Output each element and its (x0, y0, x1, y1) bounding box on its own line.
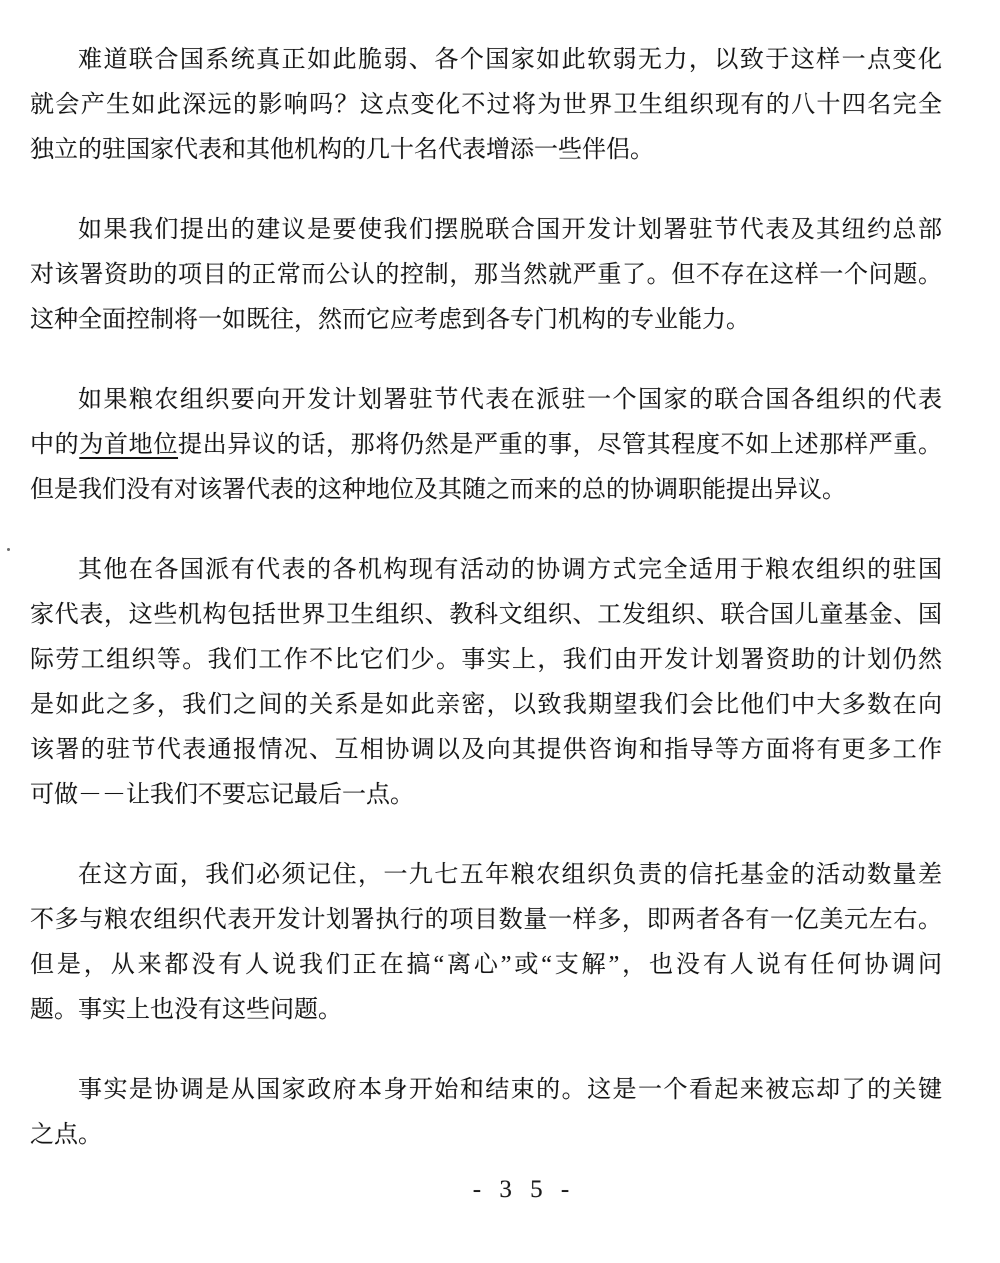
paragraph-1: 难道联合国系统真正如此脆弱、各个国家如此软弱无力，以致于这样一点变化 就会产生如… (30, 38, 942, 173)
paragraph-6: 事实是协调是从国家政府本身开始和结束的。这是一个看起来被忘却了的关键 之点。 (30, 1068, 942, 1158)
text-line: 就会产生如此深远的影响吗？这点变化不过将为世界卫生组织现有的八十四名完全 (30, 83, 942, 128)
paragraph-4: 其他在各国派有代表的各机构现有活动的协调方式完全适用于粮农组织的驻国 家代表，这… (30, 548, 942, 818)
text-line: 但是，从来都没有人说我们正在搞“离心”或“支解”，也没有人说有任何协调问 (30, 943, 942, 988)
paragraph-2: 如果我们提出的建议是要使我们摆脱联合国开发计划署驻节代表及其纽约总部 对该署资助… (30, 208, 942, 343)
text-segment: 提出异议的话，那将仍然是严重的事，尽管其程度不如上述那样严重。 (178, 432, 942, 458)
text-line: 际劳工组织等。我们工作不比它们少。事实上，我们由开发计划署资助的计划仍然 (30, 638, 942, 683)
text-line: 对该署资助的项目的正常而公认的控制，那当然就严重了。但不存在这样一个问题。 (30, 253, 942, 298)
text-line: 如果我们提出的建议是要使我们摆脱联合国开发计划署驻节代表及其纽约总部 (30, 208, 942, 253)
text-line: 在这方面，我们必须记住，一九七五年粮农组织负责的信托基金的活动数量差 (30, 853, 942, 898)
underlined-phrase: 为首地位 (79, 432, 178, 458)
text-segment: 中的 (30, 432, 79, 458)
text-line: 事实是协调是从国家政府本身开始和结束的。这是一个看起来被忘却了的关键 (30, 1068, 942, 1113)
paragraph-5: 在这方面，我们必须记住，一九七五年粮农组织负责的信托基金的活动数量差 不多与粮农… (30, 853, 942, 1033)
text-line: 题。事实上也没有这些问题。 (30, 988, 942, 1033)
text-line: 这种全面控制将一如既往，然而它应考虑到各专门机构的专业能力。 (30, 298, 942, 343)
text-line: 之点。 (30, 1113, 942, 1158)
text-line: 独立的驻国家代表和其他机构的几十名代表增添一些伴侣。 (30, 128, 942, 173)
text-line: 该署的驻节代表通报情况、互相协调以及向其提供咨询和指导等方面将有更多工作 (30, 728, 942, 773)
text-line: 但是我们没有对该署代表的这种地位及其随之而来的总的协调职能提出异议。 (30, 468, 942, 513)
text-line: 如果粮农组织要向开发计划署驻节代表在派驻一个国家的联合国各组织的代表 (30, 378, 942, 423)
document-page: 难道联合国系统真正如此脆弱、各个国家如此软弱无力，以致于这样一点变化 就会产生如… (0, 0, 1000, 1204)
text-line: 不多与粮农组织代表开发计划署执行的项目数量一样多，即两者各有一亿美元左右。 (30, 898, 942, 943)
scan-artifact-dot (7, 548, 10, 551)
paragraph-3: 如果粮农组织要向开发计划署驻节代表在派驻一个国家的联合国各组织的代表 中的为首地… (30, 378, 942, 513)
text-line: 是如此之多，我们之间的关系是如此亲密，以致我期望我们会比他们中大多数在向 (30, 683, 942, 728)
text-line: 家代表，这些机构包括世界卫生组织、教科文组织、工发组织、联合国儿童基金、国 (30, 593, 942, 638)
text-line: 其他在各国派有代表的各机构现有活动的协调方式完全适用于粮农组织的驻国 (30, 548, 942, 593)
text-line: 可做－－让我们不要忘记最后一点。 (30, 773, 942, 818)
page-footer: - 3 5 - (30, 1176, 942, 1204)
page-number: - 3 5 - (473, 1176, 575, 1204)
text-line: 难道联合国系统真正如此脆弱、各个国家如此软弱无力，以致于这样一点变化 (30, 38, 942, 83)
text-line: 中的为首地位提出异议的话，那将仍然是严重的事，尽管其程度不如上述那样严重。 (30, 423, 942, 468)
